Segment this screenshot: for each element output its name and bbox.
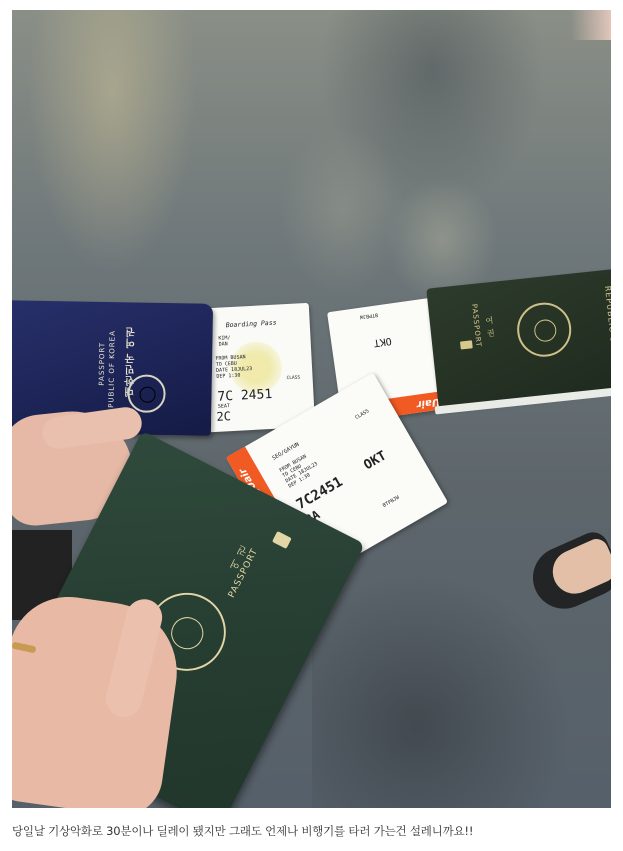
passport-label: PASSPORT (98, 342, 107, 386)
chip-icon (272, 531, 292, 549)
passport-korean-label: 여 권 (484, 316, 497, 339)
destination-code: OKT (361, 448, 389, 473)
chip-icon (460, 340, 473, 349)
national-emblem-icon (515, 300, 574, 359)
route-info: FROM BUSANTO CEBUDATE 18JUL23DEP 1:30 (215, 354, 252, 380)
pass-title: Boarding Pass (226, 319, 277, 330)
booking-code: BTPBJW (359, 311, 378, 319)
national-emblem-icon (127, 374, 166, 413)
seat: 2C (216, 409, 231, 424)
passport-country: REPUBLIC OF KOREA (107, 330, 117, 419)
route-info: FROM BUSANTO CEBUDATE 18JUL23DEP 1:30 (279, 451, 322, 490)
passport-pages (435, 385, 611, 414)
class-label: CLASS (286, 375, 300, 381)
booking-code: BTPBJW (382, 495, 401, 509)
travel-photo: CHOI/RUNJIN FROM BUSAN 7C2451 2B OKT BTP… (12, 10, 611, 808)
photo-caption: 당일날 기상악화로 30분이나 딜레이 됐지만 그래도 언제나 비행기를 타러 … (12, 823, 473, 839)
country-text: REPUBLIC OF KO (603, 285, 611, 366)
destination-code: OKT (373, 335, 392, 348)
passenger-name: KIM/DAN (218, 335, 231, 348)
background-blur (571, 10, 611, 40)
floor-shadow (312, 570, 572, 808)
passport-green-right: PASSPORT 여 권 REPUBLIC OF KO (426, 268, 611, 408)
class-label: CLASS (354, 408, 370, 421)
flight-number: 7C 2451 (217, 387, 273, 405)
